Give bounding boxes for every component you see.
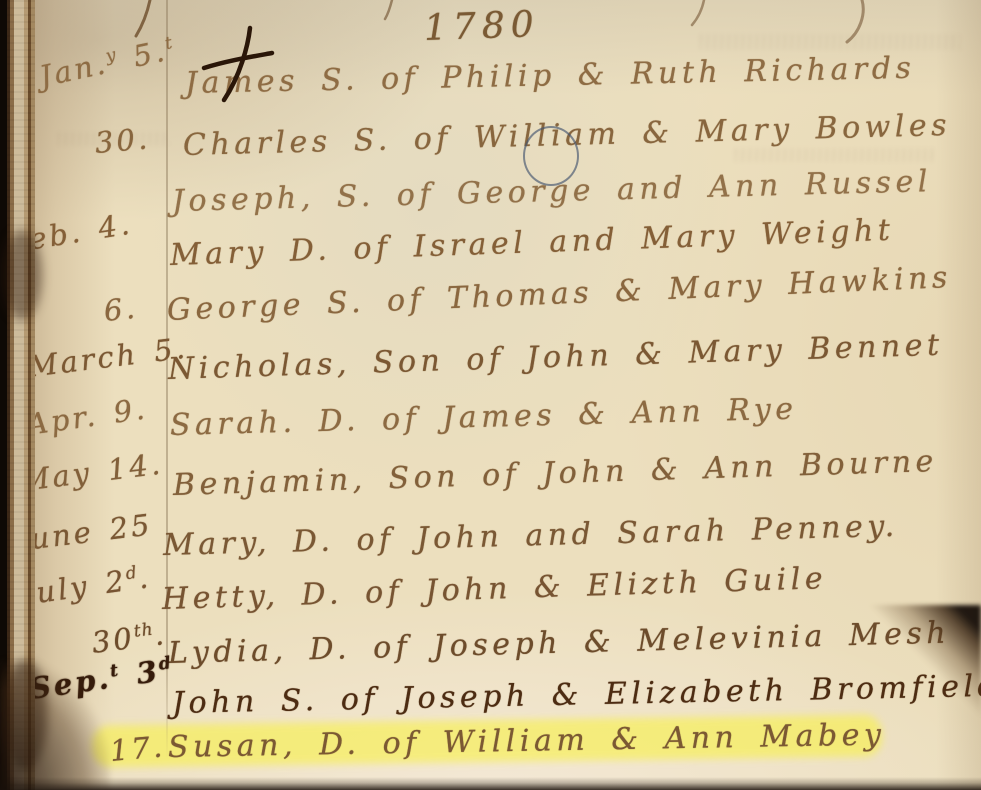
entry-date: March 5.: [26, 331, 190, 384]
date-text: 30.: [94, 121, 152, 160]
entry-text: John S. of Joseph & Elizabeth Bromfield: [172, 669, 981, 721]
entry-date: Apr. 9.: [25, 391, 150, 442]
cross-annotation-icon: [198, 24, 278, 104]
register-page-scan: 1780 Jan.y 5.t James S. of Philip & Ruth…: [0, 0, 981, 790]
bleedthrough-mark: [735, 148, 935, 162]
bottom-left-shadow: [0, 660, 110, 790]
date-superscript: t: [109, 661, 121, 682]
entry-text: George S. of Thomas & Mary Hawkins: [166, 260, 952, 328]
entry-text: Nicholas, Son of John & Mary Bennet: [167, 328, 944, 387]
entry-date: 17.: [109, 729, 167, 768]
bottom-edge-shadow: [0, 777, 981, 790]
date-text: 25: [108, 507, 155, 546]
date-text: Apr.: [25, 398, 100, 442]
entry-text: Lydia, D. of Joseph & Melevinia Mesh: [168, 616, 951, 671]
entry-text: Hetty, D. of John & Elizth Guile: [161, 561, 827, 617]
date-superscript: th: [133, 619, 155, 641]
entry-date: May 14.: [18, 447, 165, 498]
date-text: March: [26, 337, 140, 384]
circle-annotation-icon: [523, 126, 579, 186]
date-text: 9.: [111, 391, 149, 429]
entry-date: July 2d.: [20, 560, 153, 612]
entry-text: Mary D. of Israel and Mary Weight: [169, 213, 895, 273]
date-text: 17.: [109, 729, 167, 768]
date-text: 30: [90, 621, 137, 660]
date-text: 14.: [106, 447, 165, 487]
bottom-right-page-edge: [861, 605, 981, 790]
entry-date: 6.: [102, 291, 139, 328]
entry-text: Sarah. D. of James & Ann Rye: [170, 392, 798, 443]
date-superscript: d: [157, 653, 173, 675]
entry-text: Mary, D. of John and Sarah Penney.: [163, 509, 900, 563]
date-text: 6.: [102, 291, 139, 328]
entry-text: Benjamin, Son of John & Ann Bourne: [172, 444, 938, 503]
date-text: 4.: [96, 207, 135, 246]
entry-date: 30.: [94, 121, 152, 160]
date-text: .: [136, 560, 153, 595]
edge-stain: [2, 230, 42, 320]
